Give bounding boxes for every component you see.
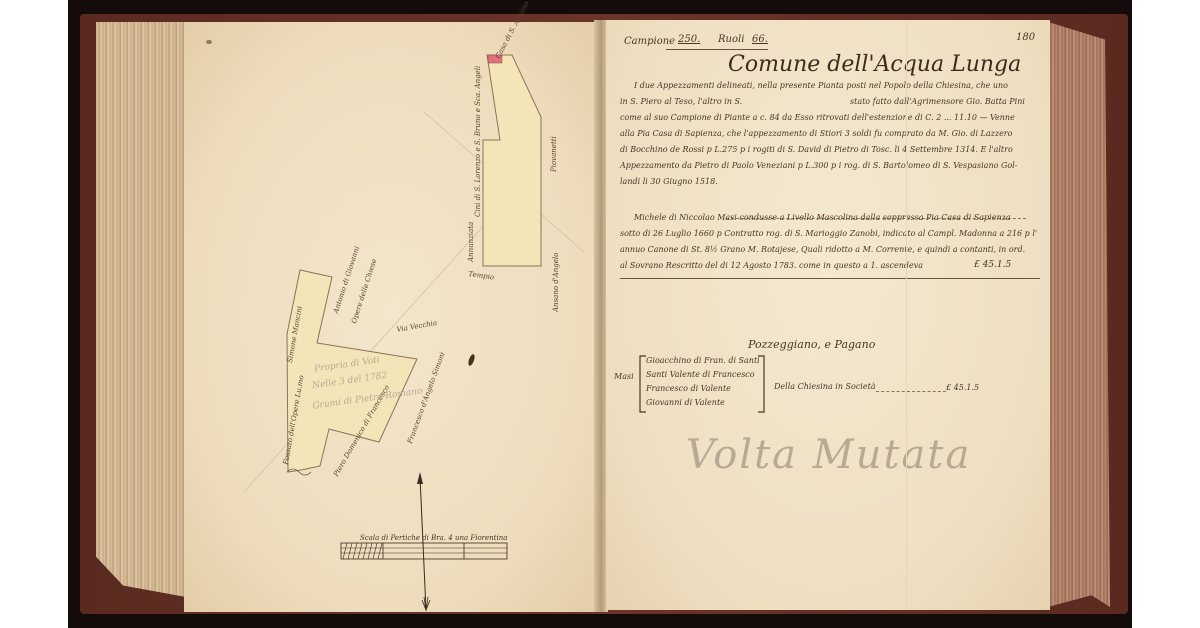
scale-bar	[340, 542, 520, 562]
paragraph-2-amount: £ 45.1.5	[974, 260, 1011, 270]
text-line: di Bocchino de Rossi p L.275 p i rogiti …	[620, 142, 1040, 158]
page-number: 180	[1016, 32, 1035, 43]
right-page-edges	[1048, 22, 1110, 607]
right-page: Campione 250. Ruoli 66. 180 Comune dell'…	[606, 20, 1050, 610]
header-underline	[666, 49, 768, 50]
text-line: stato fatto dall'Agrimensore Gio. Batta …	[850, 94, 1025, 110]
ruled-margin	[906, 20, 907, 610]
owner-item: Giovanni di Valente	[646, 396, 760, 410]
owners-brace-right	[756, 354, 768, 414]
section-rule	[620, 278, 1040, 279]
owners-list: Gioacchino di Fran. di Santi Santi Valen…	[646, 354, 760, 410]
stain-mark	[206, 40, 212, 44]
text-line: landi li 30 Giugno 1518.	[620, 174, 1040, 190]
owner-item: Gioacchino di Fran. di Santi	[646, 354, 760, 368]
text-line: in S. Piero al Teso, l'altro in S.	[620, 94, 742, 110]
ruoli-value: 66.	[752, 34, 768, 45]
pencil-annotation: Volta Mutata	[686, 432, 971, 478]
owners-amount: £ 45.1.5	[946, 383, 979, 392]
text-line: sotto di 26 Luglio 1660 p Contratto rog.…	[620, 226, 1040, 242]
left-page-edges	[96, 22, 186, 597]
campione-label: Campione	[624, 36, 675, 47]
parcel-map-bottom	[184, 22, 596, 612]
ruoli-label: Ruoli	[718, 34, 744, 45]
text-line: I due Appezzamenti delineati, nella pres…	[634, 78, 1054, 94]
left-page: Cini di S. Lorenzo e S. Bruno e Sca. Ang…	[184, 22, 596, 612]
text-line: annuo Canone di St. 8½ Grano M. Rotajese…	[620, 242, 1040, 258]
text-line: alla Pia Casa di Sapienza, che l'appezza…	[620, 126, 1040, 142]
owner-item: Santi Valente di Francesco	[646, 368, 760, 382]
text-line: Michele di Niccolao Masi condusse a Live…	[634, 210, 1054, 226]
campione-value: 250.	[678, 34, 700, 45]
page-title: Comune dell'Acqua Lunga	[728, 52, 1021, 77]
text-line: come al suo Campione di Piante a c. 84 d…	[620, 110, 1040, 126]
owners-prefix: Masi	[614, 372, 634, 381]
owners-location: Della Chiesina in Società	[774, 382, 876, 391]
section-heading: Pozzeggiano, e Pagano	[748, 338, 875, 351]
dotted-leader	[876, 391, 946, 393]
owner-item: Francesco di Valente	[646, 382, 760, 396]
text-line: Appezzamento da Pietro di Paolo Venezian…	[620, 158, 1040, 174]
paragraph-1: I due Appezzamenti delineati, nella pres…	[620, 78, 1040, 190]
scale-bar-label: Scala di Pertiche di Bra. 4 una Fiorenti…	[360, 534, 507, 542]
